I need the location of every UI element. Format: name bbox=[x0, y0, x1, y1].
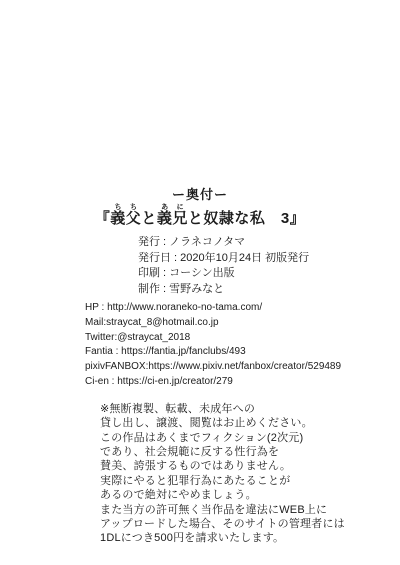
contact-list: HP : http://www.noraneko-no-tama.com/ Ma… bbox=[0, 301, 400, 390]
row-separator: : bbox=[99, 302, 107, 313]
contact-row-fantia: Fantia : https://fantia.jp/fanclubs/493 bbox=[85, 345, 400, 360]
contact-url: https://www.pixiv.net/fanbox/creator/529… bbox=[148, 361, 341, 372]
colophon-page: ー奥付ー 『義父ちちと義兄あにと奴隷な私 3』 発行 : ノラネコノタマ 発行日… bbox=[0, 0, 400, 565]
row-value: コーシン出版 bbox=[169, 267, 235, 279]
publication-row-publisher: 発行 : ノラネコノタマ bbox=[138, 235, 400, 251]
row-label: Ci-en bbox=[85, 376, 109, 387]
disclaimer-line: 賛美、誇張するものではありません。 bbox=[100, 459, 400, 473]
title-rest: と奴隷な私 3 bbox=[188, 210, 290, 227]
disclaimer-line: 実際にやると犯罪行為にあたることが bbox=[100, 474, 400, 488]
disclaimer-line: 貸し出し、譲渡、閲覧はお止めください。 bbox=[100, 416, 400, 430]
contact-row-twitter: Twitter:@straycat_2018 bbox=[85, 331, 400, 346]
disclaimer-line: であり、社会規範に反する性行為を bbox=[100, 445, 400, 459]
furigana-ani: あに bbox=[157, 204, 188, 211]
furigana-chichi: ちち bbox=[110, 204, 141, 211]
row-label: Fantia bbox=[85, 346, 113, 357]
row-value: 2020年10月24日 初版発行 bbox=[180, 252, 309, 264]
disclaimer-line: 1DLにつき500円を請求いたします。 bbox=[100, 531, 400, 545]
row-label: 発行 bbox=[138, 236, 160, 248]
title-word-gikei: 義兄あに bbox=[157, 210, 188, 227]
disclaimer-line: あるので絶対にやめましょう。 bbox=[100, 488, 400, 502]
book-title: 『義父ちちと義兄あにと奴隷な私 3』 bbox=[0, 204, 400, 228]
publication-row-author: 制作 : 雪野みなと bbox=[138, 282, 400, 298]
title-word-gifu: 義父ちち bbox=[110, 210, 141, 227]
row-separator: : bbox=[109, 376, 117, 387]
publication-row-date: 発行日 : 2020年10月24日 初版発行 bbox=[138, 251, 400, 267]
row-separator: : bbox=[171, 252, 180, 264]
row-label: Twitter bbox=[85, 332, 114, 343]
row-label: pixivFANBOX bbox=[85, 361, 146, 372]
title-joiner: と bbox=[141, 210, 157, 227]
row-label: 制作 bbox=[138, 283, 160, 295]
disclaimer-line: アップロードした場合、そのサイトの管理者には bbox=[100, 517, 400, 531]
row-separator: : bbox=[160, 267, 169, 279]
title-open-bracket: 『 bbox=[95, 210, 111, 227]
row-label: Mail bbox=[85, 317, 103, 328]
row-separator: : bbox=[160, 236, 169, 248]
row-value: ノラネコノタマ bbox=[169, 236, 245, 248]
publication-row-printer: 印刷 : コーシン出版 bbox=[138, 266, 400, 282]
row-value: 雪野みなと bbox=[169, 283, 224, 295]
row-label: 発行日 bbox=[138, 252, 171, 264]
row-label: HP bbox=[85, 302, 99, 313]
contact-email: straycat_8@hotmail.co.jp bbox=[106, 317, 218, 328]
contact-row-cien: Ci-en : https://ci-en.jp/creator/279 bbox=[85, 375, 400, 390]
disclaimer-line: この作品はあくまでフィクション(2次元) bbox=[100, 431, 400, 445]
contact-url: https://ci-en.jp/creator/279 bbox=[117, 376, 233, 387]
title-close-bracket: 』 bbox=[290, 210, 306, 227]
contact-url: https://fantia.jp/fanclubs/493 bbox=[121, 346, 246, 357]
contact-url: http://www.noraneko-no-tama.com/ bbox=[107, 302, 262, 313]
row-separator: : bbox=[160, 283, 169, 295]
section-title: ー奥付ー bbox=[0, 0, 400, 203]
disclaimer-line: ※無断複製、転載、未成年への bbox=[100, 402, 400, 416]
publication-info: 発行 : ノラネコノタマ 発行日 : 2020年10月24日 初版発行 印刷 :… bbox=[0, 235, 400, 297]
disclaimer: ※無断複製、転載、未成年への 貸し出し、譲渡、閲覧はお止めください。 この作品は… bbox=[0, 402, 400, 546]
disclaimer-line: また当方の許可無く当作品を違法にWEB上に bbox=[100, 503, 400, 517]
contact-handle: @straycat_2018 bbox=[117, 332, 190, 343]
row-separator: : bbox=[113, 346, 121, 357]
contact-row-mail: Mail:straycat_8@hotmail.co.jp bbox=[85, 316, 400, 331]
row-label: 印刷 bbox=[138, 267, 160, 279]
contact-row-hp: HP : http://www.noraneko-no-tama.com/ bbox=[85, 301, 400, 316]
contact-row-pixivfanbox: pixivFANBOX:https://www.pixiv.net/fanbox… bbox=[85, 360, 400, 375]
